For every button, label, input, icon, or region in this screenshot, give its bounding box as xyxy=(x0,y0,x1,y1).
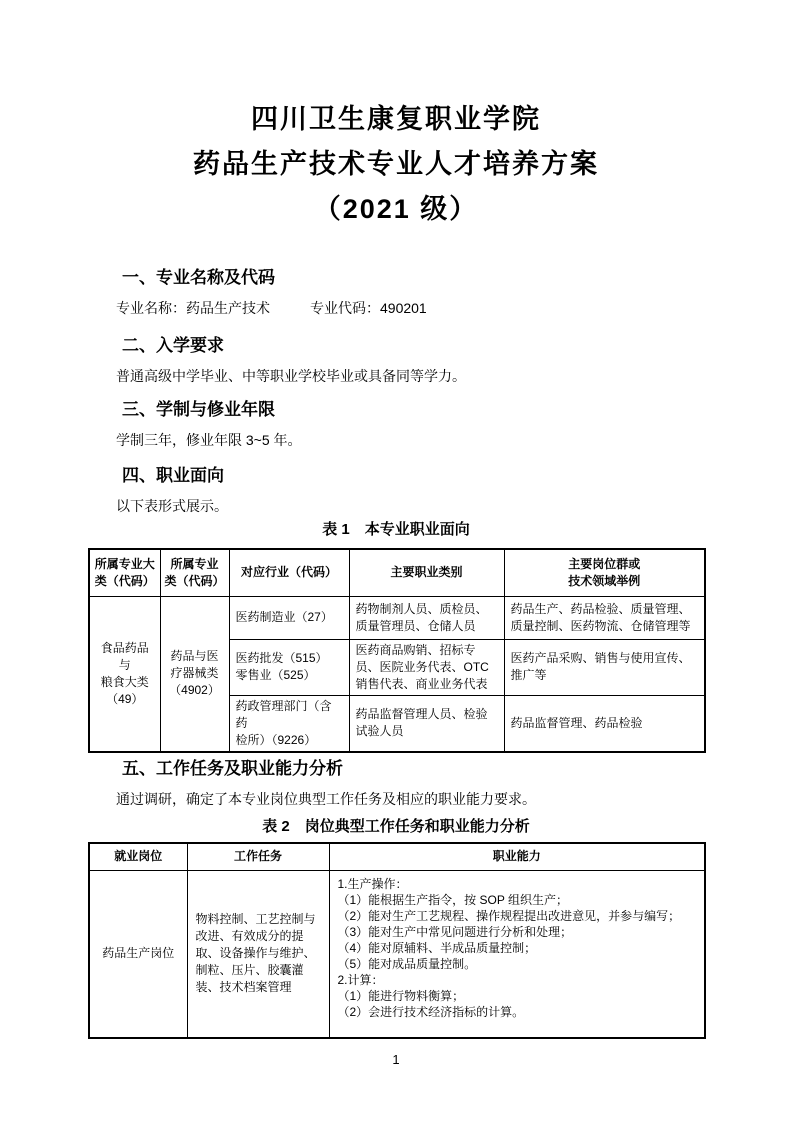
t1-header-occupation: 主要职业类别 xyxy=(349,549,504,596)
section-1-heading: 一、专业名称及代码 xyxy=(88,266,704,290)
title-line-cohort: （2021 级） xyxy=(88,187,704,232)
section-4-body: 以下表形式展示。 xyxy=(88,494,704,518)
t2-abilities-cell: 1.生产操作： （1）能根据生产指令，按 SOP 组织生产； （2）能对生产工艺… xyxy=(329,871,705,1038)
career-orientation-table: 所属专业大 类（代码） 所属专业 类（代码） 对应行业（代码） 主要职业类别 主… xyxy=(88,548,706,753)
t1-industry-cell: 医药批发（515） 零售业（525） xyxy=(229,639,349,695)
t1-major-category-cell: 食品药品与 粮食大类 （49） xyxy=(89,596,160,752)
major-name-code-line: 专业名称：药品生产技术专业代码：490201 xyxy=(88,296,704,320)
t2-tasks-cell: 物料控制、工艺控制与改进、有效成分的提取、设备操作与维护、制粒、压片、胶囊灌装、… xyxy=(187,871,329,1038)
section-2-heading: 二、入学要求 xyxy=(88,334,704,358)
title-line-college: 四川卫生康复职业学院 xyxy=(88,97,704,142)
t2-header-abilities: 职业能力 xyxy=(329,843,705,871)
section-3-heading: 三、学制与修业年限 xyxy=(88,398,704,422)
table-2-header-row: 就业岗位 工作任务 职业能力 xyxy=(89,843,705,871)
section-4-heading: 四、职业面向 xyxy=(88,464,704,488)
t1-industry-cell: 医药制造业（27） xyxy=(229,596,349,639)
t1-post-groups-cell: 医药产品采购、销售与使用宣传、推广等 xyxy=(504,639,705,695)
page-number: 1 xyxy=(88,1051,704,1069)
t2-position-cell: 药品生产岗位 xyxy=(89,871,187,1038)
t1-occupations-cell: 医药商品购销、招标专员、医院业务代表、OTC 销售代表、商业业务代表 xyxy=(349,639,504,695)
t1-header-major-category: 所属专业大 类（代码） xyxy=(89,549,160,596)
t1-header-major-class: 所属专业 类（代码） xyxy=(160,549,229,596)
t1-occupations-cell: 药品监督管理人员、检验试验人员 xyxy=(349,695,504,752)
major-name-value: 专业名称：药品生产技术 xyxy=(116,300,270,316)
t1-header-post-group: 主要岗位群或 技术领域举例 xyxy=(504,549,705,596)
section-2-body: 普通高级中学毕业、中等职业学校毕业或具备同等学力。 xyxy=(88,364,704,388)
section-5-body: 通过调研，确定了本专业岗位典型工作任务及相应的职业能力要求。 xyxy=(88,787,704,811)
t1-post-groups-cell: 药品监督管理、药品检验 xyxy=(504,695,705,752)
document-content: 四川卫生康复职业学院 药品生产技术专业人才培养方案 （2021 级） 一、专业名… xyxy=(0,0,792,1069)
t2-header-position: 就业岗位 xyxy=(89,843,187,871)
t1-post-groups-cell: 药品生产、药品检验、质量管理、质量控制、医药物流、仓储管理等 xyxy=(504,596,705,639)
title-line-program: 药品生产技术专业人才培养方案 xyxy=(88,142,704,187)
t2-header-tasks: 工作任务 xyxy=(187,843,329,871)
section-5-heading: 五、工作任务及职业能力分析 xyxy=(88,757,704,781)
major-code-value: 专业代码：490201 xyxy=(310,300,427,316)
table-1-caption: 表 1 本专业职业面向 xyxy=(88,518,704,542)
document-title-block: 四川卫生康复职业学院 药品生产技术专业人才培养方案 （2021 级） xyxy=(88,97,704,232)
t1-occupations-cell: 药物制剂人员、质检员、质量管理员、仓储人员 xyxy=(349,596,504,639)
t1-industry-cell: 药政管理部门（含药 检所）（9226） xyxy=(229,695,349,752)
job-task-ability-table: 就业岗位 工作任务 职业能力 药品生产岗位 物料控制、工艺控制与改进、有效成分的… xyxy=(88,842,706,1039)
document-page: 四川卫生康复职业学院 药品生产技术专业人才培养方案 （2021 级） 一、专业名… xyxy=(0,0,792,1121)
table-1-header-row: 所属专业大 类（代码） 所属专业 类（代码） 对应行业（代码） 主要职业类别 主… xyxy=(89,549,705,596)
section-3-body: 学制三年，修业年限 3~5 年。 xyxy=(88,428,704,452)
t1-header-industry: 对应行业（代码） xyxy=(229,549,349,596)
t1-major-class-cell: 药品与医 疗器械类 （4902） xyxy=(160,596,229,752)
table-2-caption: 表 2 岗位典型工作任务和职业能力分析 xyxy=(88,815,704,839)
table-row: 药品生产岗位 物料控制、工艺控制与改进、有效成分的提取、设备操作与维护、制粒、压… xyxy=(89,871,705,1038)
table-row: 食品药品与 粮食大类 （49） 药品与医 疗器械类 （4902） 医药制造业（2… xyxy=(89,596,705,639)
